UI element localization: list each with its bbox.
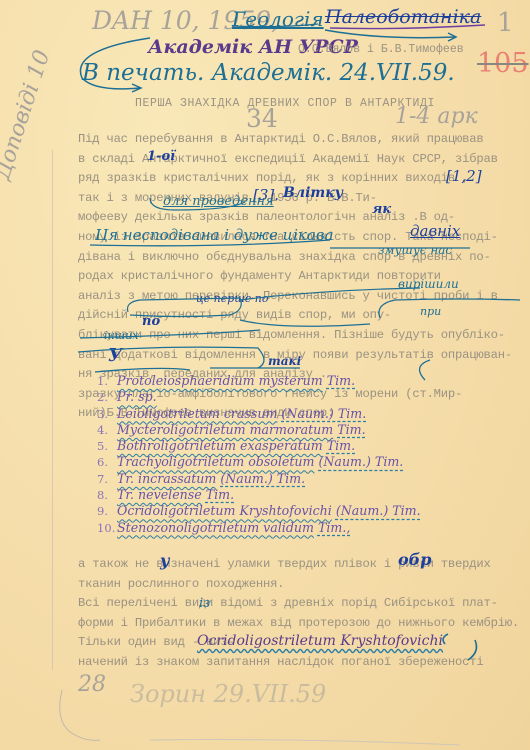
species-item: 4.Mycteroligotriletum marmoratum Tim. bbox=[97, 422, 517, 438]
manuscript-page: DAH 10, 1959, Геологія Палеоботаніка 1 А… bbox=[0, 0, 530, 750]
body-line: Всі перелічені види відомі з древніх пор… bbox=[78, 594, 518, 614]
species-item: 3.Leioligotriletum crassum (Naum.) Tim. bbox=[97, 406, 517, 422]
annotation-iz: із bbox=[199, 596, 210, 611]
pencil-34: 34 bbox=[246, 104, 278, 133]
pencil-pages: 1-4 арк bbox=[395, 104, 478, 129]
species-item: 5.Bothroligotriletum exasperatum Tim. bbox=[97, 438, 517, 454]
species-item: 1.Protoleiosphaeridium mysterum Tim. bbox=[97, 373, 517, 389]
struck-red-number: 105 bbox=[477, 48, 529, 79]
species-item: 7.Tr. incrassatum (Naum.) Tim. bbox=[97, 471, 517, 487]
annotation-obr: обр bbox=[398, 550, 431, 569]
species-item: 8.Tr. nevelense Tim. bbox=[97, 487, 517, 503]
document-title: ПЕРША ЗНАХІДКА ДРЕВНИХ СПОР В АНТАРКТИДІ bbox=[135, 97, 435, 110]
print-note: В печать. Академік. 24.VII.59. bbox=[82, 60, 455, 86]
species-item: 2.Pr. sp. bbox=[97, 389, 517, 405]
body-edit-marks-icon bbox=[0, 140, 530, 390]
body-line: а також не визначені уламки твердих плів… bbox=[78, 555, 518, 575]
annotation-yu: у bbox=[160, 551, 170, 570]
species-item: 9.Ocridoligotriletum Kryshtofovichi (Nau… bbox=[97, 503, 517, 519]
species-item: 6.Trachyoligotriletum obsoletum (Naum.) … bbox=[97, 454, 517, 470]
authors: О.С.Вялов і Б.В.Тимофеев bbox=[298, 43, 464, 56]
pencil-frame-icon bbox=[0, 660, 530, 750]
body-line: тканин рослинного походження. bbox=[78, 575, 518, 595]
species-list: 1.Protoleiosphaeridium mysterum Tim. 2.P… bbox=[97, 373, 517, 536]
species-item: 10.Stenozonoligotriletum validum Tim., bbox=[97, 520, 517, 536]
